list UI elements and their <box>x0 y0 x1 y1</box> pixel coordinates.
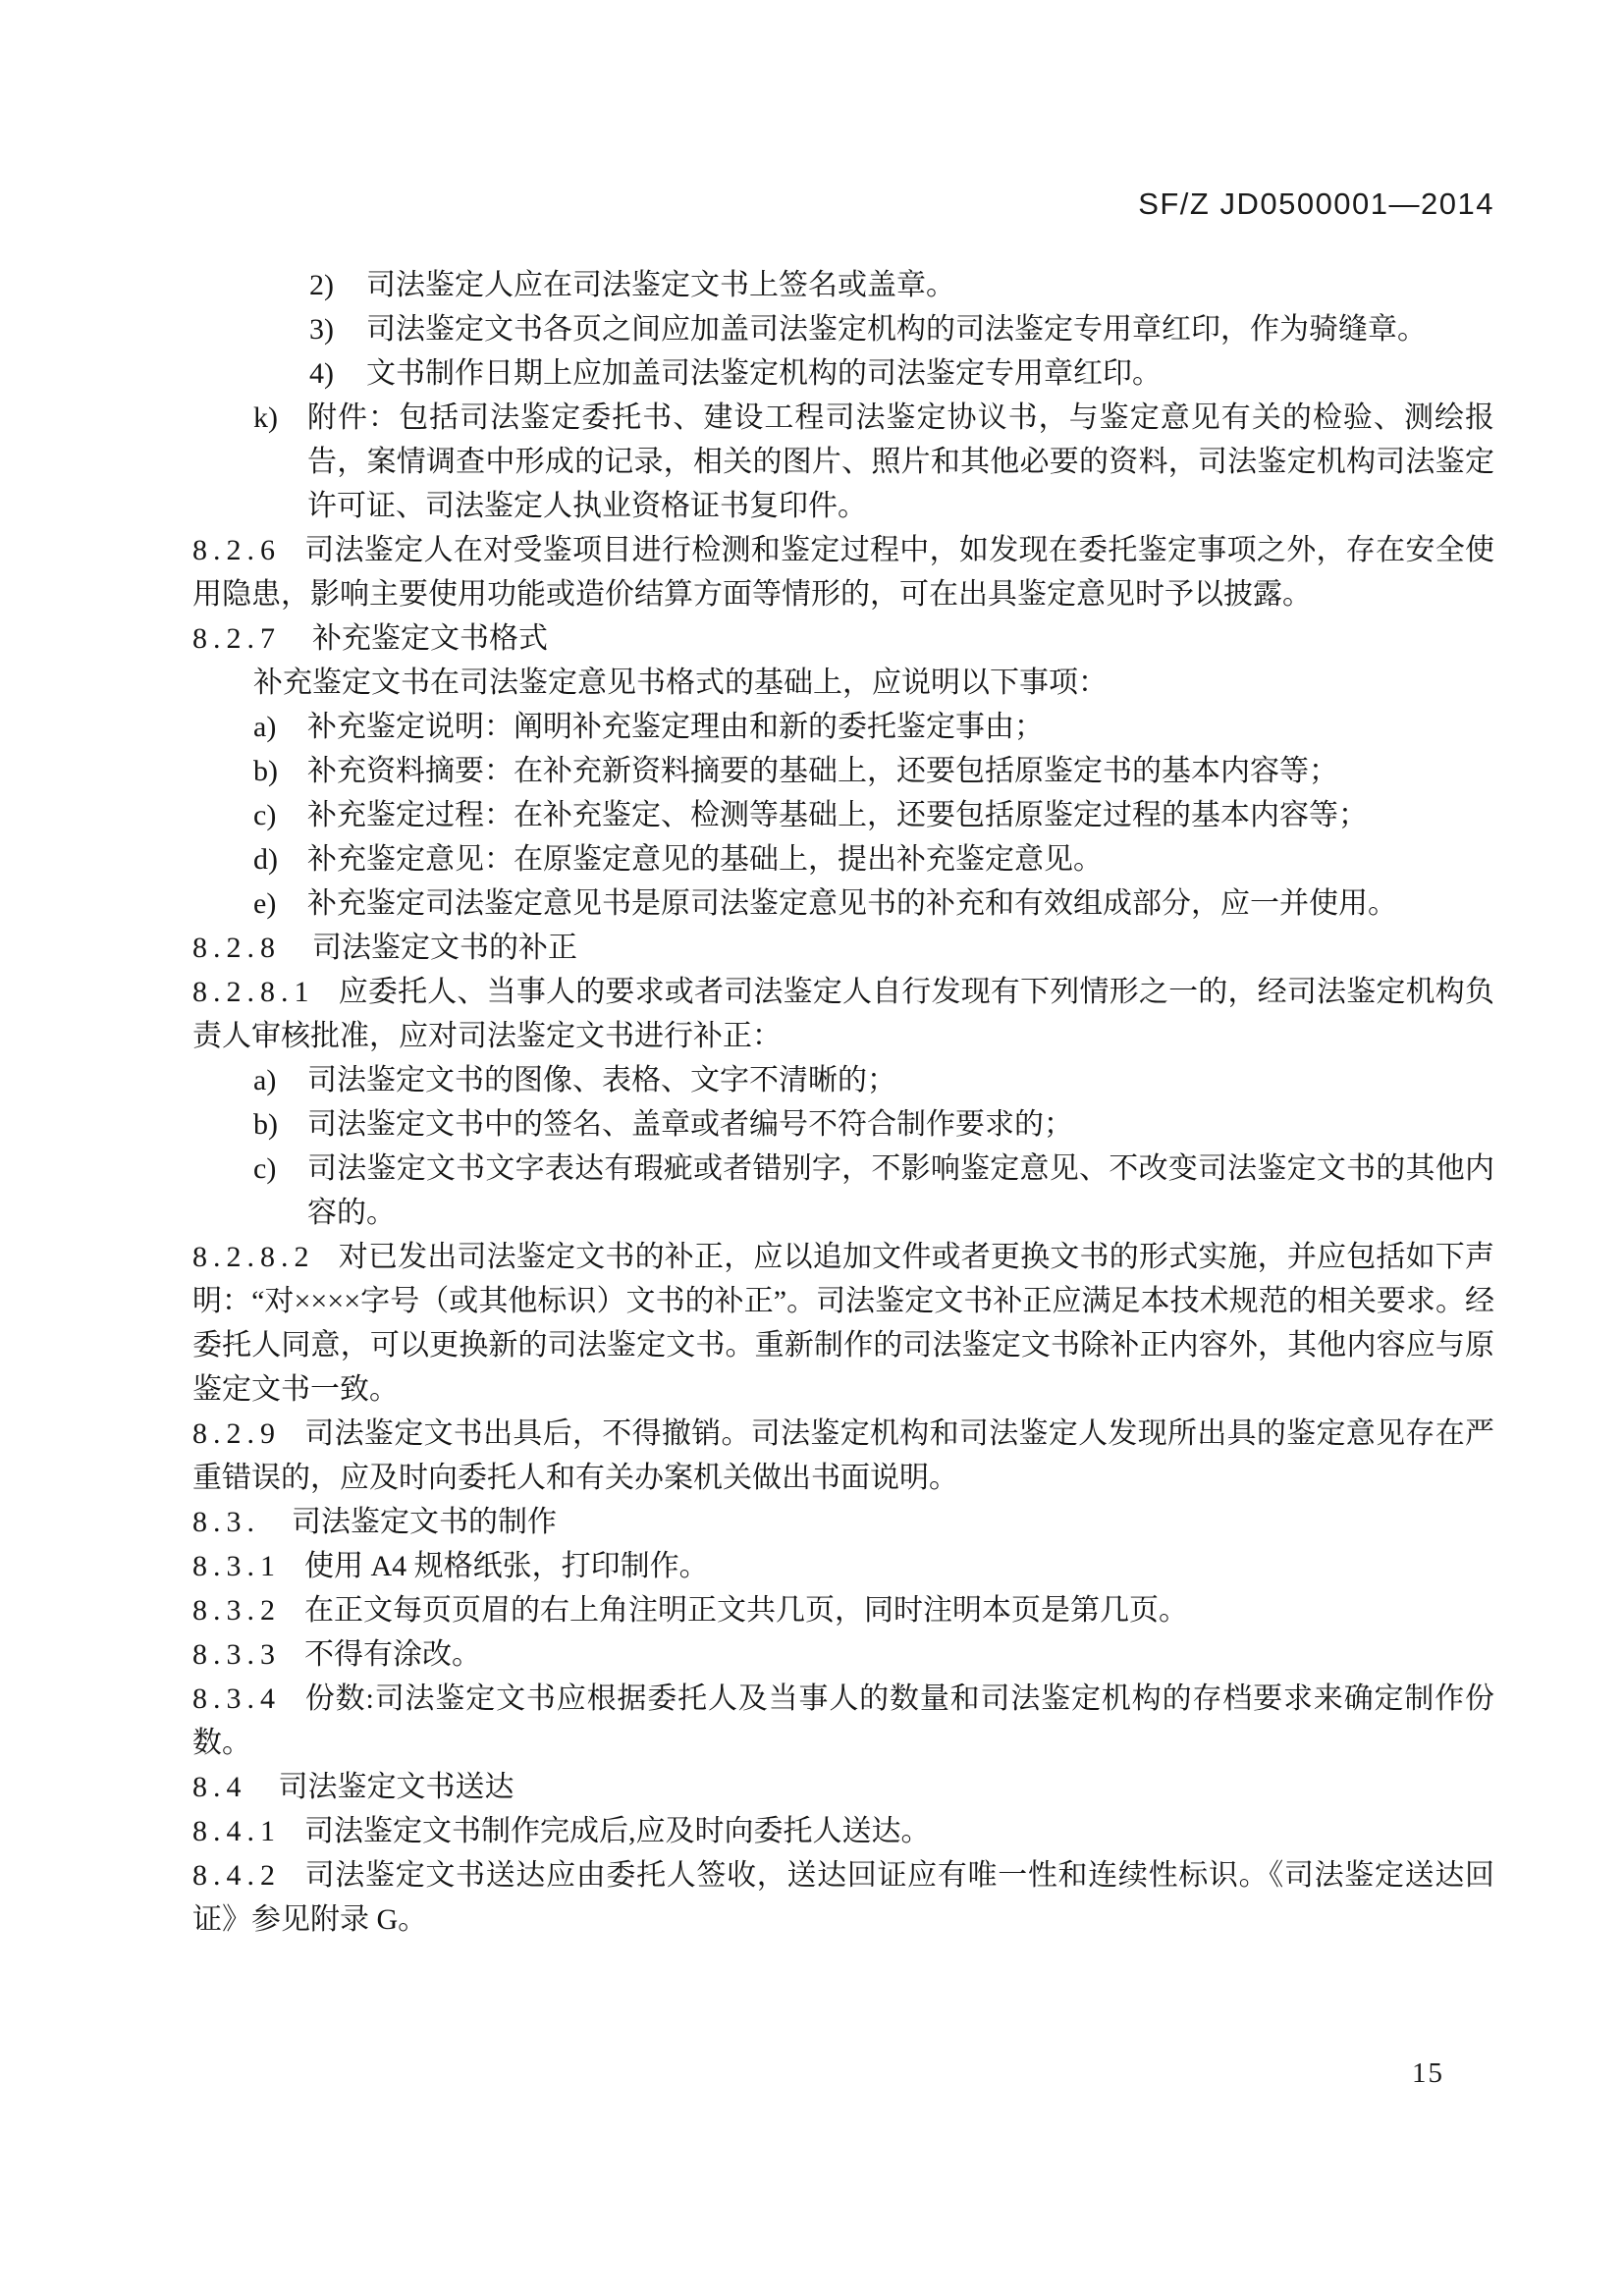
document-body: 2)司法鉴定人应在司法鉴定文书上签名或盖章。 3)司法鉴定文书各页之间应加盖司法… <box>192 263 1494 1942</box>
list-item-marker: a) <box>253 705 276 749</box>
standard-code-header: SF/Z JD0500001—2014 <box>1138 187 1494 222</box>
list-item-text: 附件：包括司法鉴定委托书、建设工程司法鉴定协议书，与鉴定意见有关的检验、测绘报告… <box>307 401 1494 522</box>
list-item-marker: k) <box>253 396 278 440</box>
section-number: 8.3.4 <box>192 1682 281 1715</box>
heading-8-2-8: 8.2.8司法鉴定文书的补正 <box>192 926 1494 970</box>
list-item-text: 补充鉴定司法鉴定意见书是原司法鉴定意见书的补充和有效组成部分，应一并使用。 <box>307 887 1397 920</box>
section-number: 8.4.2 <box>192 1859 281 1892</box>
list-item-text: 司法鉴定文书中的签名、盖章或者编号不符合制作要求的； <box>307 1108 1073 1141</box>
page-number: 15 <box>1412 2057 1444 2090</box>
list-item-text: 补充鉴定意见：在原鉴定意见的基础上，提出补充鉴定意见。 <box>307 843 1103 876</box>
section-number: 8.2.8.1 <box>192 976 315 1008</box>
list-item-3: 3)司法鉴定文书各页之间应加盖司法鉴定机构的司法鉴定专用章红印，作为骑缝章。 <box>192 307 1494 351</box>
list-item-marker: b) <box>253 1102 278 1147</box>
list-item-text: 司法鉴定文书的图像、表格、文字不清晰的； <box>307 1064 896 1096</box>
section-number: 8.2.6 <box>192 534 281 566</box>
section-number: 8.4.1 <box>192 1815 281 1847</box>
list-item-marker: d) <box>253 837 278 881</box>
list-item-b: b)补充资料摘要：在补充新资料摘要的基础上，还要包括原鉴定书的基本内容等； <box>192 749 1494 793</box>
list-item-2: 2)司法鉴定人应在司法鉴定文书上签名或盖章。 <box>192 263 1494 307</box>
section-text: 对已发出司法鉴定文书的补正，应以追加文件或者更换文书的形式实施，并应包括如下声明… <box>192 1241 1494 1406</box>
section-text: 应委托人、当事人的要求或者司法鉴定人自行发现有下列情形之一的，经司法鉴定机构负责… <box>192 976 1494 1052</box>
list-item-marker: c) <box>253 793 276 837</box>
section-number: 8.2.9 <box>192 1417 281 1450</box>
list-item-marker: c) <box>253 1147 276 1191</box>
heading-8-2-7: 8.2.7补充鉴定文书格式 <box>192 616 1494 661</box>
list-item-marker: e) <box>253 881 276 926</box>
paragraph-8-2-7-intro: 补充鉴定文书在司法鉴定意见书格式的基础上，应说明以下事项： <box>192 661 1494 705</box>
list-item-marker: b) <box>253 749 278 793</box>
heading-number: 8.2.8 <box>192 932 281 964</box>
section-8-3-1: 8.3.1使用 A4 规格纸张，打印制作。 <box>192 1544 1494 1588</box>
list-item-text: 补充鉴定说明：阐明补充鉴定理由和新的委托鉴定事由； <box>307 711 1044 743</box>
section-8-2-8-1: 8.2.8.1应委托人、当事人的要求或者司法鉴定人自行发现有下列情形之一的，经司… <box>192 970 1494 1058</box>
list-item-text: 文书制作日期上应加盖司法鉴定机构的司法鉴定专用章红印。 <box>366 357 1162 390</box>
list-item-c2: c)司法鉴定文书文字表达有瑕疵或者错别字，不影响鉴定意见、不改变司法鉴定文书的其… <box>192 1147 1494 1235</box>
section-8-4-1: 8.4.1司法鉴定文书制作完成后,应及时向委托人送达。 <box>192 1809 1494 1853</box>
list-item-e: e)补充鉴定司法鉴定意见书是原司法鉴定意见书的补充和有效组成部分，应一并使用。 <box>192 881 1494 926</box>
list-item-marker: a) <box>253 1058 276 1102</box>
list-item-marker: 2) <box>309 263 334 307</box>
section-8-2-6: 8.2.6司法鉴定人在对受鉴项目进行检测和鉴定过程中，如发现在委托鉴定事项之外，… <box>192 528 1494 616</box>
heading-title: 司法鉴定文书的制作 <box>292 1506 557 1538</box>
section-8-3-2: 8.3.2在正文每页页眉的右上角注明正文共几页，同时注明本页是第几页。 <box>192 1588 1494 1632</box>
section-text: 份数:司法鉴定文书应根据委托人及当事人的数量和司法鉴定机构的存档要求来确定制作份… <box>192 1682 1494 1759</box>
section-text: 不得有涂改。 <box>304 1638 481 1671</box>
section-number: 8.2.8.2 <box>192 1241 315 1273</box>
section-8-4-2: 8.4.2司法鉴定文书送达应由委托人签收，送达回证应有唯一性和连续性标识。《司法… <box>192 1853 1494 1942</box>
section-number: 8.3.2 <box>192 1594 281 1627</box>
list-item-b2: b)司法鉴定文书中的签名、盖章或者编号不符合制作要求的； <box>192 1102 1494 1147</box>
list-item-4: 4)文书制作日期上应加盖司法鉴定机构的司法鉴定专用章红印。 <box>192 351 1494 396</box>
section-text: 司法鉴定文书送达应由委托人签收，送达回证应有唯一性和连续性标识。《司法鉴定送达回… <box>192 1859 1494 1936</box>
heading-title: 司法鉴定文书送达 <box>279 1771 514 1803</box>
heading-number: 8.4 <box>192 1771 247 1803</box>
document-page: SF/Z JD0500001—2014 2)司法鉴定人应在司法鉴定文书上签名或盖… <box>0 0 1624 2296</box>
list-item-text: 补充资料摘要：在补充新资料摘要的基础上，还要包括原鉴定书的基本内容等； <box>307 755 1338 787</box>
heading-title: 司法鉴定文书的补正 <box>312 932 577 964</box>
section-8-3-4: 8.3.4份数:司法鉴定文书应根据委托人及当事人的数量和司法鉴定机构的存档要求来… <box>192 1677 1494 1765</box>
list-item-k: k)附件：包括司法鉴定委托书、建设工程司法鉴定协议书，与鉴定意见有关的检验、测绘… <box>192 396 1494 528</box>
list-item-text: 司法鉴定文书各页之间应加盖司法鉴定机构的司法鉴定专用章红印，作为骑缝章。 <box>366 313 1427 346</box>
list-item-text: 补充鉴定过程：在补充鉴定、检测等基础上，还要包括原鉴定过程的基本内容等； <box>307 799 1368 831</box>
list-item-c: c)补充鉴定过程：在补充鉴定、检测等基础上，还要包括原鉴定过程的基本内容等； <box>192 793 1494 837</box>
list-item-marker: 4) <box>309 351 334 396</box>
section-text: 使用 A4 规格纸张，打印制作。 <box>304 1550 709 1582</box>
list-item-text: 司法鉴定人应在司法鉴定文书上签名或盖章。 <box>366 269 955 301</box>
heading-8-4: 8.4司法鉴定文书送达 <box>192 1765 1494 1809</box>
section-number: 8.3.3 <box>192 1638 281 1671</box>
heading-title: 补充鉴定文书格式 <box>312 622 548 655</box>
section-8-3-3: 8.3.3不得有涂改。 <box>192 1632 1494 1677</box>
heading-8-3: 8.3.司法鉴定文书的制作 <box>192 1500 1494 1544</box>
section-text: 司法鉴定文书制作完成后,应及时向委托人送达。 <box>304 1815 931 1847</box>
list-item-marker: 3) <box>309 307 334 351</box>
list-item-d: d)补充鉴定意见：在原鉴定意见的基础上，提出补充鉴定意见。 <box>192 837 1494 881</box>
section-text: 司法鉴定文书出具后，不得撤销。司法鉴定机构和司法鉴定人发现所出具的鉴定意见存在严… <box>192 1417 1494 1494</box>
list-item-a2: a)司法鉴定文书的图像、表格、文字不清晰的； <box>192 1058 1494 1102</box>
section-8-2-8-2: 8.2.8.2对已发出司法鉴定文书的补正，应以追加文件或者更换文书的形式实施，并… <box>192 1235 1494 1412</box>
heading-number: 8.2.7 <box>192 622 281 655</box>
list-item-text: 司法鉴定文书文字表达有瑕疵或者错别字，不影响鉴定意见、不改变司法鉴定文书的其他内… <box>307 1152 1494 1229</box>
section-number: 8.3.1 <box>192 1550 281 1582</box>
list-item-a: a)补充鉴定说明：阐明补充鉴定理由和新的委托鉴定事由； <box>192 705 1494 749</box>
heading-number: 8.3. <box>192 1506 260 1538</box>
section-text: 司法鉴定人在对受鉴项目进行检测和鉴定过程中，如发现在委托鉴定事项之外，存在安全使… <box>192 534 1494 611</box>
section-text: 在正文每页页眉的右上角注明正文共几页，同时注明本页是第几页。 <box>304 1594 1188 1627</box>
section-8-2-9: 8.2.9司法鉴定文书出具后，不得撤销。司法鉴定机构和司法鉴定人发现所出具的鉴定… <box>192 1412 1494 1500</box>
